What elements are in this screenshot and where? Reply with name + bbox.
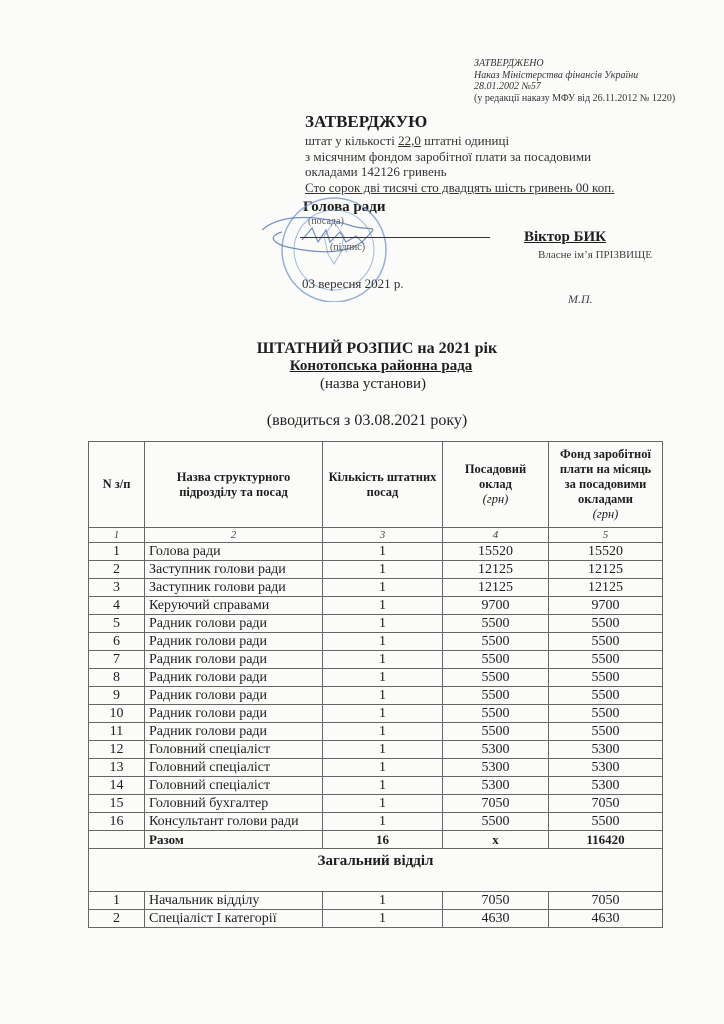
- signature-line: [300, 237, 490, 238]
- approved-note-line3: (у редакції наказу МФУ від 26.11.2012 № …: [474, 93, 675, 105]
- staff-count: 22,0: [398, 133, 421, 148]
- row-count: 1: [323, 633, 443, 651]
- row-salary: 5500: [443, 615, 549, 633]
- header-salary-label: Посадовий оклад: [447, 462, 544, 492]
- row-count: 1: [323, 615, 443, 633]
- row-fund: 5500: [549, 687, 663, 705]
- row-count: 1: [323, 543, 443, 561]
- row-number: 5: [89, 615, 145, 633]
- approved-note-title: ЗАТВЕРДЖЕНО: [474, 58, 675, 70]
- column-number: 4: [443, 528, 549, 543]
- signature-caption: (підпис): [330, 242, 365, 253]
- table-row: 7Радник голови ради155005500: [89, 651, 663, 669]
- row-position: Заступник голови ради: [145, 561, 323, 579]
- row-position: Радник голови ради: [145, 633, 323, 651]
- row-count: 1: [323, 687, 443, 705]
- row-count: 1: [323, 813, 443, 831]
- approval-title: ЗАТВЕРДЖУЮ: [305, 112, 427, 132]
- row-fund: 12125: [549, 561, 663, 579]
- table-row: 13Головний спеціаліст153005300: [89, 759, 663, 777]
- header-count: Кількість штатних посад: [323, 442, 443, 528]
- header-salary-unit: (грн): [447, 492, 544, 507]
- row-salary: 5500: [443, 723, 549, 741]
- total-fund: 116420: [549, 831, 663, 849]
- row-count: 1: [323, 597, 443, 615]
- table-row: 9Радник голови ради155005500: [89, 687, 663, 705]
- organization-name: Конотопська районна рада: [0, 358, 724, 375]
- row-fund: 4630: [549, 910, 663, 928]
- approved-note-line1: Наказ Міністерства фінансів України: [474, 70, 675, 82]
- total-salary: x: [443, 831, 549, 849]
- column-number: 1: [89, 528, 145, 543]
- total-empty: [89, 831, 145, 849]
- row-position: Головний спеціаліст: [145, 777, 323, 795]
- row-fund: 7050: [549, 892, 663, 910]
- row-fund: 5500: [549, 705, 663, 723]
- row-salary: 15520: [443, 543, 549, 561]
- row-salary: 5500: [443, 687, 549, 705]
- organization-caption: (назва установи): [0, 376, 724, 393]
- row-number: 3: [89, 579, 145, 597]
- table-row: 10Радник голови ради155005500: [89, 705, 663, 723]
- header-fund-label: Фонд заробітної плати на місяць за посад…: [553, 447, 658, 507]
- row-fund: 5500: [549, 633, 663, 651]
- table-row: 2Заступник голови ради11212512125: [89, 561, 663, 579]
- row-number: 10: [89, 705, 145, 723]
- signer-name: Віктор БИК: [524, 229, 606, 246]
- section-header-row: Загальний відділ: [89, 849, 663, 892]
- row-salary: 5300: [443, 777, 549, 795]
- row-count: 1: [323, 669, 443, 687]
- staff-table: N з/п Назва структурного підрозділу та п…: [88, 441, 663, 928]
- column-number: 3: [323, 528, 443, 543]
- row-position: Головний бухгалтер: [145, 795, 323, 813]
- approval-date: 03 вересня 2021 р.: [302, 276, 404, 292]
- table-row: 11Радник голови ради155005500: [89, 723, 663, 741]
- row-position: Радник голови ради: [145, 669, 323, 687]
- column-number: 5: [549, 528, 663, 543]
- fund-amount-line: окладами 142126 гривень: [305, 164, 614, 180]
- table-row: 8Радник голови ради155005500: [89, 669, 663, 687]
- row-number: 8: [89, 669, 145, 687]
- table-header-row: N з/п Назва структурного підрозділу та п…: [89, 442, 663, 528]
- header-salary: Посадовий оклад(грн): [443, 442, 549, 528]
- row-count: 1: [323, 579, 443, 597]
- row-position: Керуючий справами: [145, 597, 323, 615]
- seal-mark: М.П.: [568, 292, 593, 307]
- row-position: Радник голови ради: [145, 687, 323, 705]
- approved-note: ЗАТВЕРДЖЕНО Наказ Міністерства фінансів …: [474, 58, 675, 104]
- effective-date: (вводиться з 03.08.2021 року): [0, 412, 724, 430]
- row-position: Радник голови ради: [145, 615, 323, 633]
- table-row: 15Головний бухгалтер170507050: [89, 795, 663, 813]
- row-position: Радник голови ради: [145, 723, 323, 741]
- row-number: 15: [89, 795, 145, 813]
- row-salary: 5300: [443, 741, 549, 759]
- row-salary: 5300: [443, 759, 549, 777]
- total-count: 16: [323, 831, 443, 849]
- row-number: 2: [89, 561, 145, 579]
- header-fund-unit: (грн): [553, 507, 658, 522]
- table-row: 5Радник голови ради155005500: [89, 615, 663, 633]
- row-salary: 5500: [443, 813, 549, 831]
- row-count: 1: [323, 723, 443, 741]
- row-number: 4: [89, 597, 145, 615]
- approval-text: штат у кількості 22,0 штатні одиниці з м…: [305, 133, 614, 195]
- row-number: 9: [89, 687, 145, 705]
- row-fund: 5300: [549, 777, 663, 795]
- row-number: 14: [89, 777, 145, 795]
- row-count: 1: [323, 759, 443, 777]
- table-row: 2Спеціаліст I категорії146304630: [89, 910, 663, 928]
- table-row: 4Керуючий справами197009700: [89, 597, 663, 615]
- column-number: 2: [145, 528, 323, 543]
- row-position: Начальник відділу: [145, 892, 323, 910]
- table-row: 12Головний спеціаліст153005300: [89, 741, 663, 759]
- row-salary: 5500: [443, 669, 549, 687]
- row-position: Головний спеціаліст: [145, 741, 323, 759]
- row-fund: 12125: [549, 579, 663, 597]
- fund-line: з місячним фондом заробітної плати за по…: [305, 149, 614, 165]
- staff-line: штат у кількості 22,0 штатні одиниці: [305, 133, 614, 149]
- header-name: Назва структурного підрозділу та посад: [145, 442, 323, 528]
- row-count: 1: [323, 705, 443, 723]
- row-fund: 5300: [549, 741, 663, 759]
- row-number: 13: [89, 759, 145, 777]
- row-count: 1: [323, 561, 443, 579]
- approved-note-line2: 28.01.2002 №57: [474, 81, 675, 93]
- row-position: Голова ради: [145, 543, 323, 561]
- row-count: 1: [323, 741, 443, 759]
- row-number: 2: [89, 910, 145, 928]
- row-count: 1: [323, 795, 443, 813]
- table-row: 3Заступник голови ради11212512125: [89, 579, 663, 597]
- row-fund: 7050: [549, 795, 663, 813]
- row-number: 11: [89, 723, 145, 741]
- row-position: Заступник голови ради: [145, 579, 323, 597]
- row-fund: 9700: [549, 597, 663, 615]
- row-fund: 5500: [549, 723, 663, 741]
- table-row: 14Головний спеціаліст153005300: [89, 777, 663, 795]
- row-number: 7: [89, 651, 145, 669]
- row-count: 1: [323, 892, 443, 910]
- total-label: Разом: [145, 831, 323, 849]
- row-fund: 5500: [549, 813, 663, 831]
- row-number: 12: [89, 741, 145, 759]
- section-title: Загальний відділ: [89, 849, 663, 892]
- row-count: 1: [323, 651, 443, 669]
- row-salary: 5500: [443, 633, 549, 651]
- row-salary: 5500: [443, 651, 549, 669]
- table-row: 1Начальник відділу170507050: [89, 892, 663, 910]
- row-count: 1: [323, 910, 443, 928]
- row-fund: 5500: [549, 615, 663, 633]
- total-row: Разом16x116420: [89, 831, 663, 849]
- row-position: Головний спеціаліст: [145, 759, 323, 777]
- row-salary: 7050: [443, 795, 549, 813]
- header-fund: Фонд заробітної плати на місяць за посад…: [549, 442, 663, 528]
- document-title: ШТАТНИЙ РОЗПИС на 2021 рік: [0, 340, 724, 358]
- signer-caption: Власне ім’я ПРІЗВИЩЕ: [538, 249, 652, 261]
- row-position: Спеціаліст I категорії: [145, 910, 323, 928]
- row-fund: 5500: [549, 651, 663, 669]
- row-fund: 15520: [549, 543, 663, 561]
- staff-prefix: штат у кількості: [305, 133, 398, 148]
- row-position: Консультант голови ради: [145, 813, 323, 831]
- row-number: 6: [89, 633, 145, 651]
- row-salary: 5500: [443, 705, 549, 723]
- row-number: 1: [89, 543, 145, 561]
- row-fund: 5500: [549, 669, 663, 687]
- row-fund: 5300: [549, 759, 663, 777]
- row-salary: 4630: [443, 910, 549, 928]
- row-number: 16: [89, 813, 145, 831]
- staff-suffix: штатні одиниці: [421, 133, 509, 148]
- column-number-row: 1 2 3 4 5: [89, 528, 663, 543]
- row-number: 1: [89, 892, 145, 910]
- row-position: Радник голови ради: [145, 651, 323, 669]
- row-salary: 12125: [443, 561, 549, 579]
- header-num: N з/п: [89, 442, 145, 528]
- table-row: 16Консультант голови ради155005500: [89, 813, 663, 831]
- row-salary: 9700: [443, 597, 549, 615]
- row-salary: 12125: [443, 579, 549, 597]
- row-position: Радник голови ради: [145, 705, 323, 723]
- table-row: 6Радник голови ради155005500: [89, 633, 663, 651]
- row-salary: 7050: [443, 892, 549, 910]
- row-count: 1: [323, 777, 443, 795]
- table-row: 1Голова ради11552015520: [89, 543, 663, 561]
